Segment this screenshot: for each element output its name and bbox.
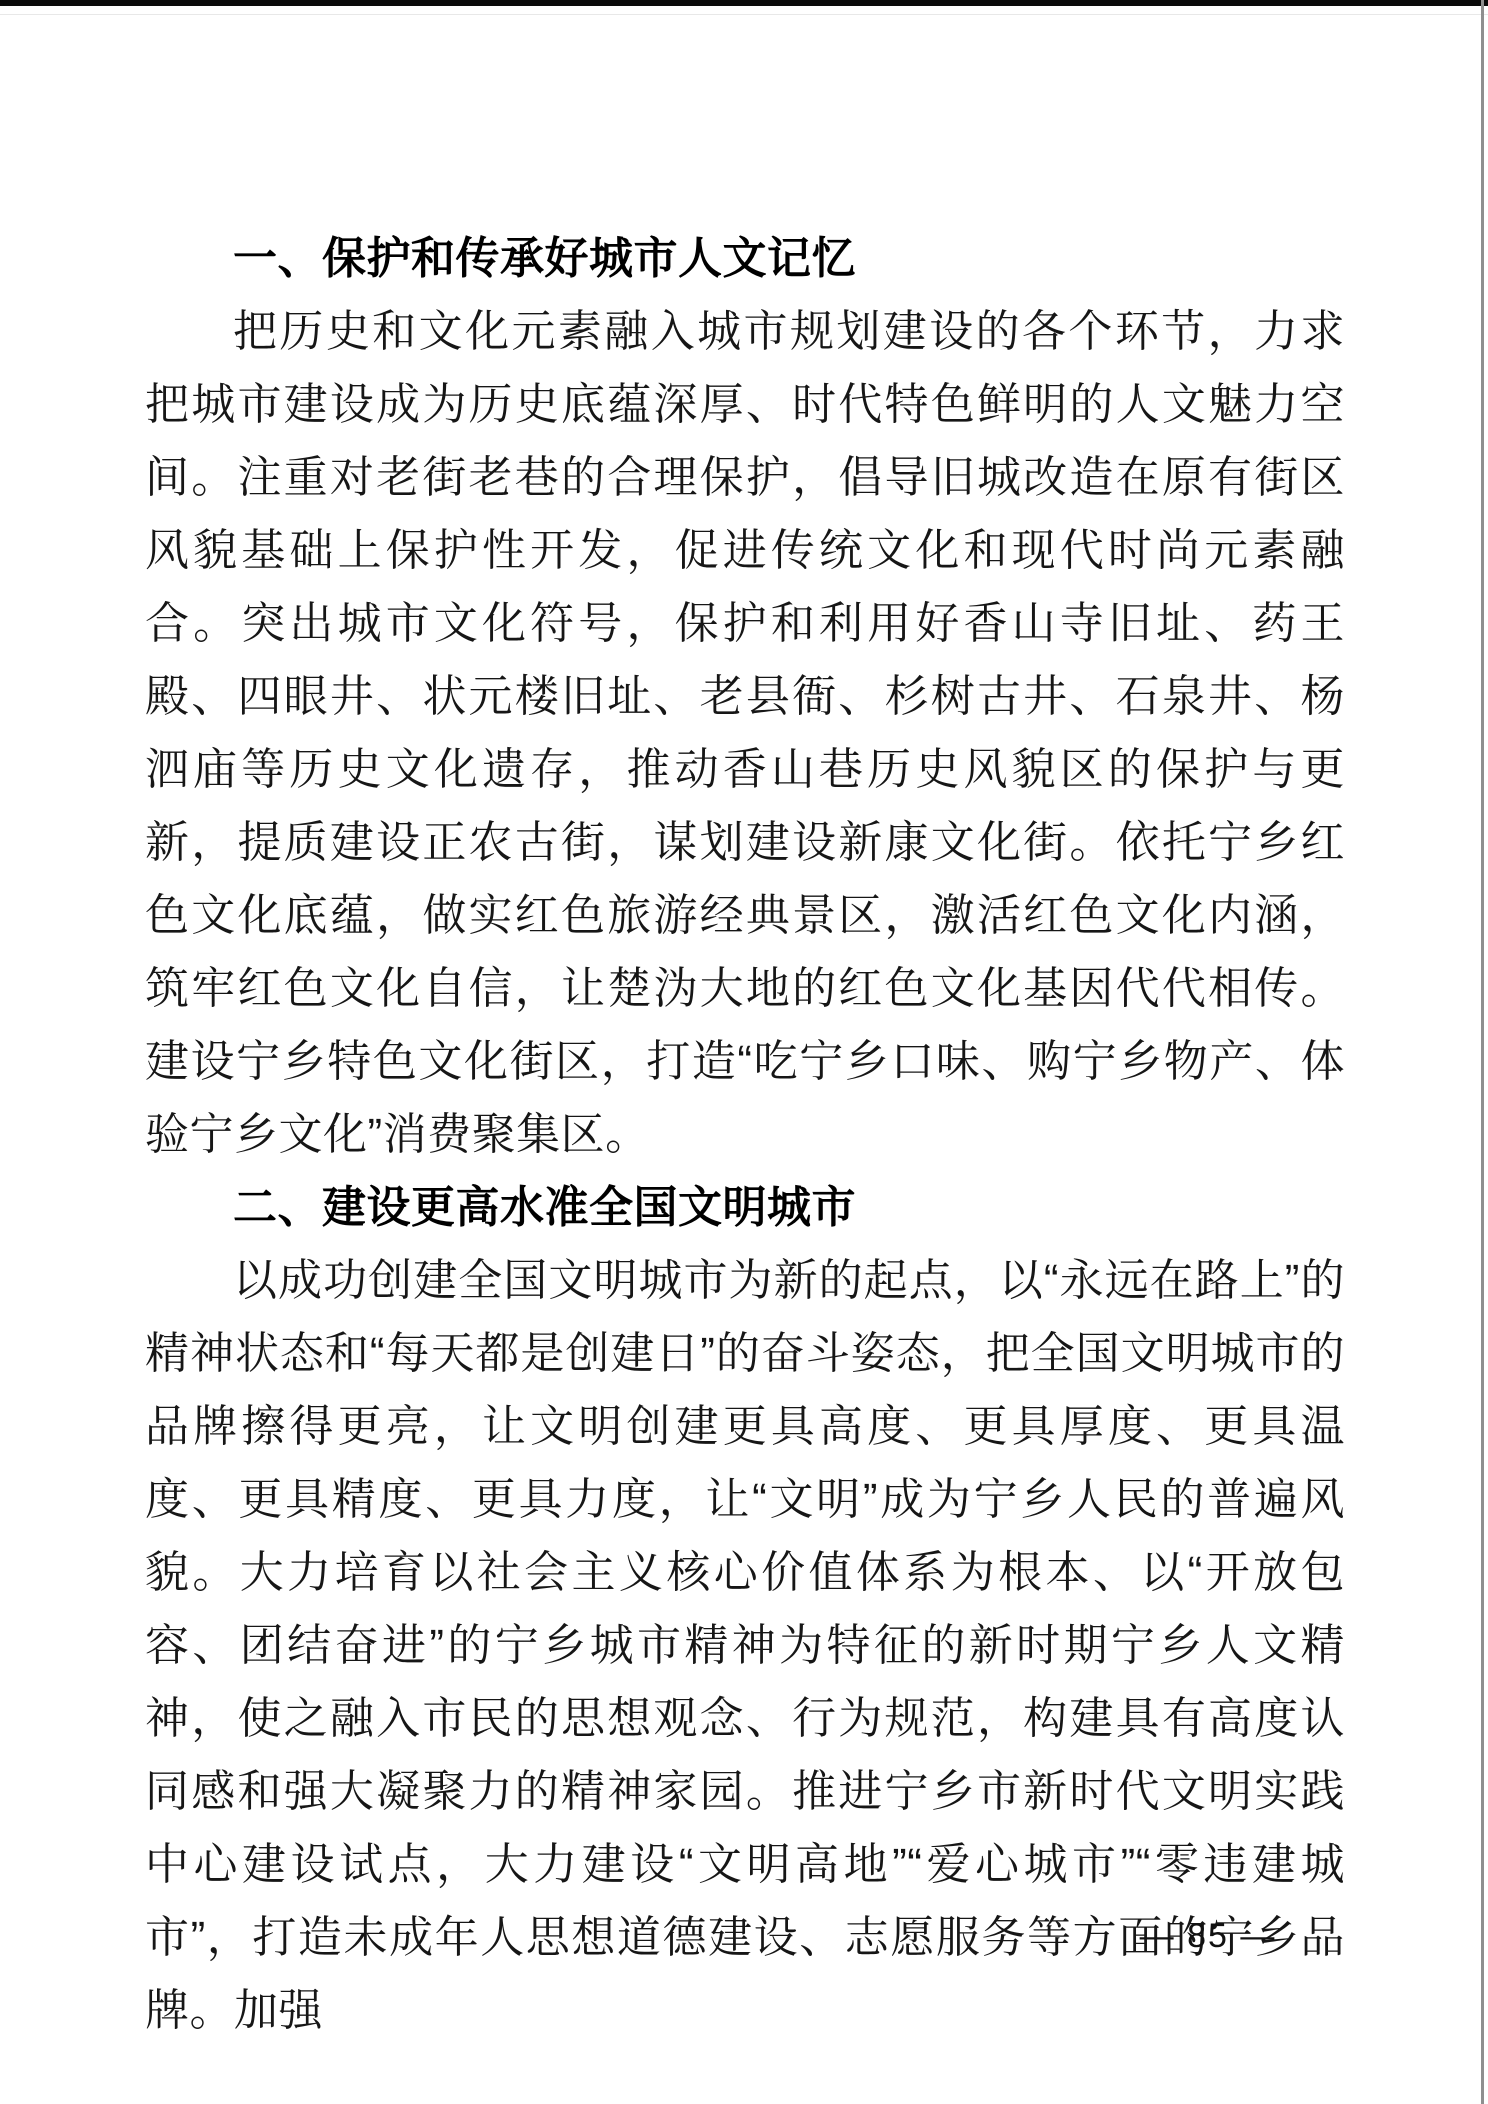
section-1-paragraph: 把历史和文化元素融入城市规划建设的各个环节，力求把城市建设成为历史底蕴深厚、时代… [145, 295, 1345, 1171]
section-1-heading: 一、保护和传承好城市人文记忆 [145, 222, 1345, 295]
scan-edge-right [1481, 0, 1484, 2104]
scan-edge-top-faint-line [0, 14, 1488, 15]
section-2-heading: 二、建设更高水准全国文明城市 [145, 1171, 1345, 1244]
scan-edge-top [0, 0, 1488, 6]
page-number: — 85 — [1128, 1916, 1288, 1956]
document-content: 一、保护和传承好城市人文记忆 把历史和文化元素融入城市规划建设的各个环节，力求把… [145, 222, 1345, 2047]
